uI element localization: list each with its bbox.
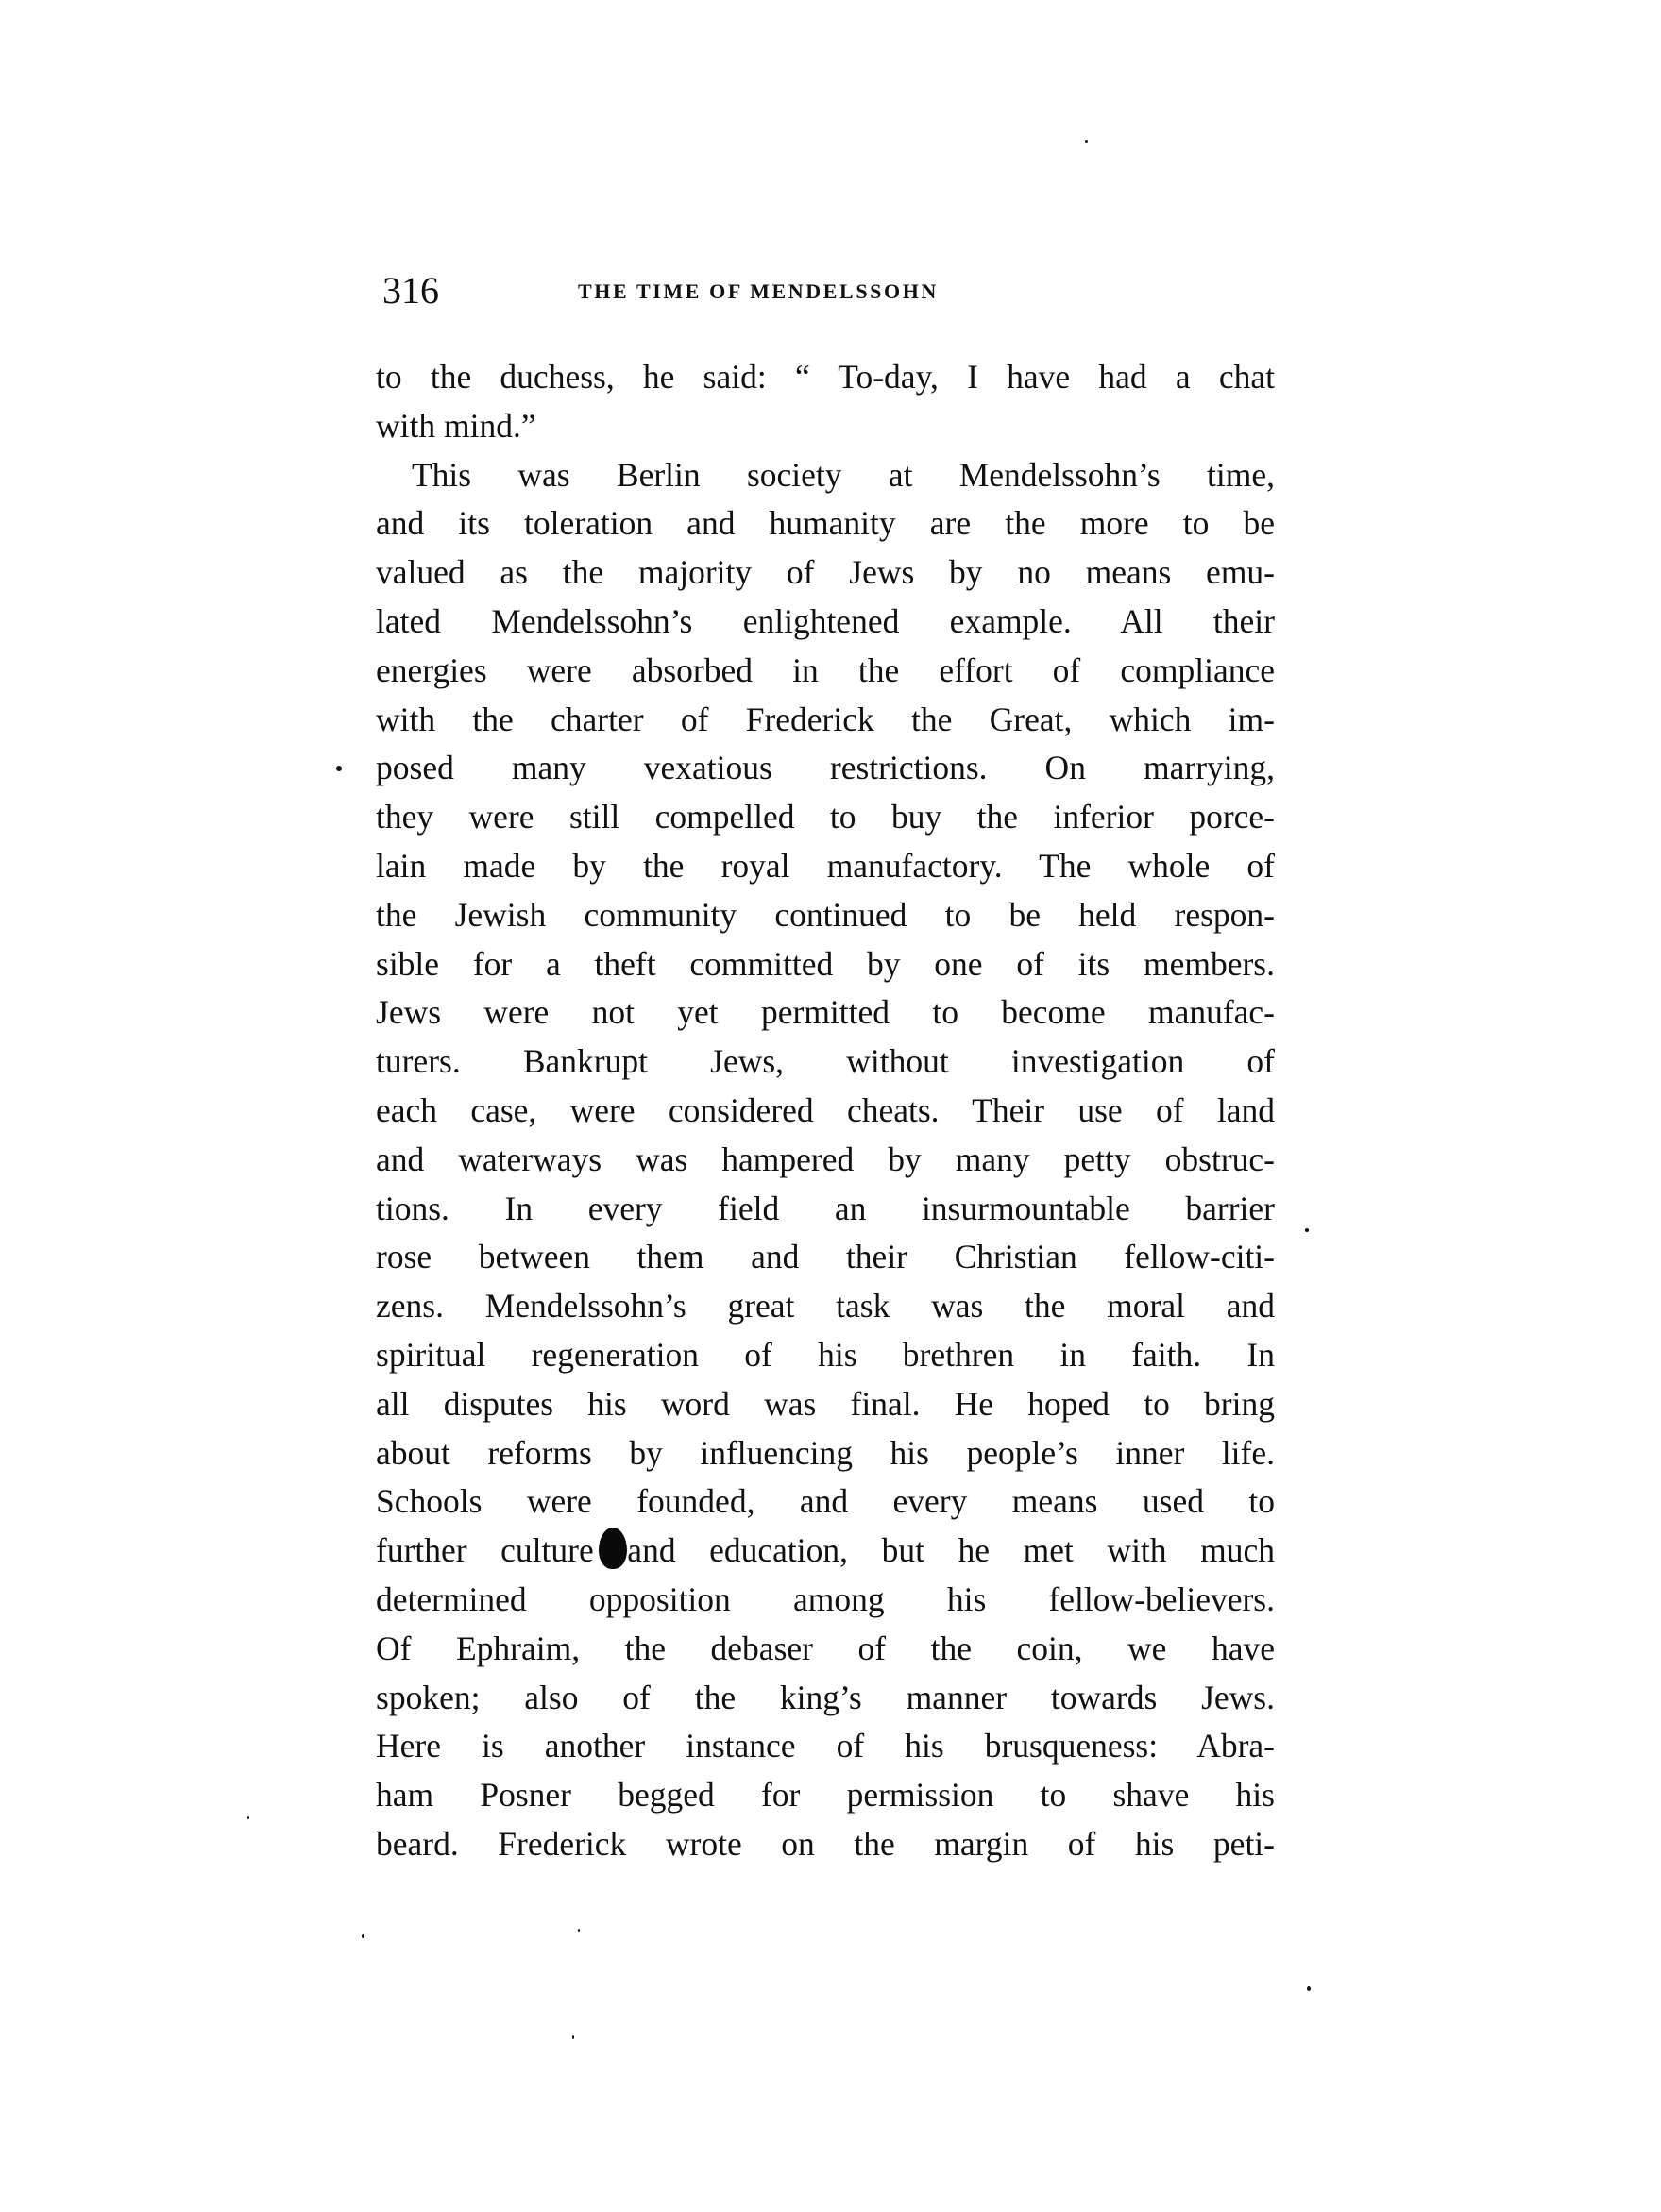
book-page: 316 THE TIME OF MENDELSSOHN to the duche… — [0, 0, 1661, 2212]
text-line: and waterways was hampered by many petty… — [376, 1136, 1275, 1185]
text-line: with the charter of Frederick the Great,… — [376, 696, 1275, 745]
text-line: beard. Frederick wrote on the margin of … — [376, 1820, 1275, 1869]
text-line: Jews were not yet permitted to become ma… — [376, 988, 1275, 1038]
text-line: Schools were founded, and every means us… — [376, 1477, 1275, 1527]
text-line: zens. Mendelssohn’s great task was the m… — [376, 1282, 1275, 1331]
scan-speck — [362, 1934, 364, 1938]
paragraph-first-line: This was Berlin society at Mendelssohn’s… — [376, 451, 1275, 500]
text-line: all disputes his word was final. He hope… — [376, 1380, 1275, 1429]
scan-speck — [1307, 1986, 1311, 1991]
text-line: ham Posner begged for permission to shav… — [376, 1771, 1275, 1820]
body-text: to the duchess, he said: “ To-day, I hav… — [376, 353, 1275, 1869]
ink-blot — [599, 1528, 627, 1569]
text-line: tions. In every field an insurmountable … — [376, 1185, 1275, 1234]
text-line: further culture and education, but he me… — [376, 1527, 1275, 1576]
text-line: sible for a theft committed by one of it… — [376, 940, 1275, 989]
text-line: lated Mendelssohn’s enlightened example.… — [376, 598, 1275, 647]
scan-speck — [336, 766, 342, 771]
text-line: rose between them and their Christian fe… — [376, 1233, 1275, 1282]
text-line: each case, were considered cheats. Their… — [376, 1087, 1275, 1136]
scan-speck — [578, 1929, 580, 1932]
scan-speck — [572, 2035, 574, 2039]
text-line: valued as the majority of Jews by no mea… — [376, 549, 1275, 598]
running-head: 316 THE TIME OF MENDELSSOHN — [376, 267, 1275, 314]
text-line: they were still compelled to buy the inf… — [376, 793, 1275, 842]
text-line: posed many vexatious restrictions. On ma… — [376, 744, 1275, 793]
text-line: to the duchess, he said: “ To-day, I hav… — [376, 353, 1275, 402]
text-line: the Jewish community continued to be hel… — [376, 891, 1275, 940]
scan-speck — [1305, 1228, 1309, 1232]
scan-speck — [1085, 140, 1088, 143]
text-line: spiritual regeneration of his brethren i… — [376, 1331, 1275, 1380]
text-line: Here is another instance of his brusquen… — [376, 1722, 1275, 1771]
text-line: turers. Bankrupt Jews, without investiga… — [376, 1038, 1275, 1087]
text-line: and its toleration and humanity are the … — [376, 499, 1275, 549]
text-line: with mind.” — [376, 402, 1275, 451]
page-number: 316 — [382, 267, 439, 314]
scan-speck — [247, 1816, 249, 1819]
text-line: Of Ephraim, the debaser of the coin, we … — [376, 1625, 1275, 1674]
text-line: energies were absorbed in the effort of … — [376, 647, 1275, 696]
text-line: about reforms by influencing his people’… — [376, 1429, 1275, 1478]
text-line: spoken; also of the king’s manner toward… — [376, 1674, 1275, 1723]
text-line: determined opposition among his fellow-b… — [376, 1576, 1275, 1625]
text-line: lain made by the royal manufactory. The … — [376, 842, 1275, 891]
running-title: THE TIME OF MENDELSSOHN — [578, 275, 939, 309]
